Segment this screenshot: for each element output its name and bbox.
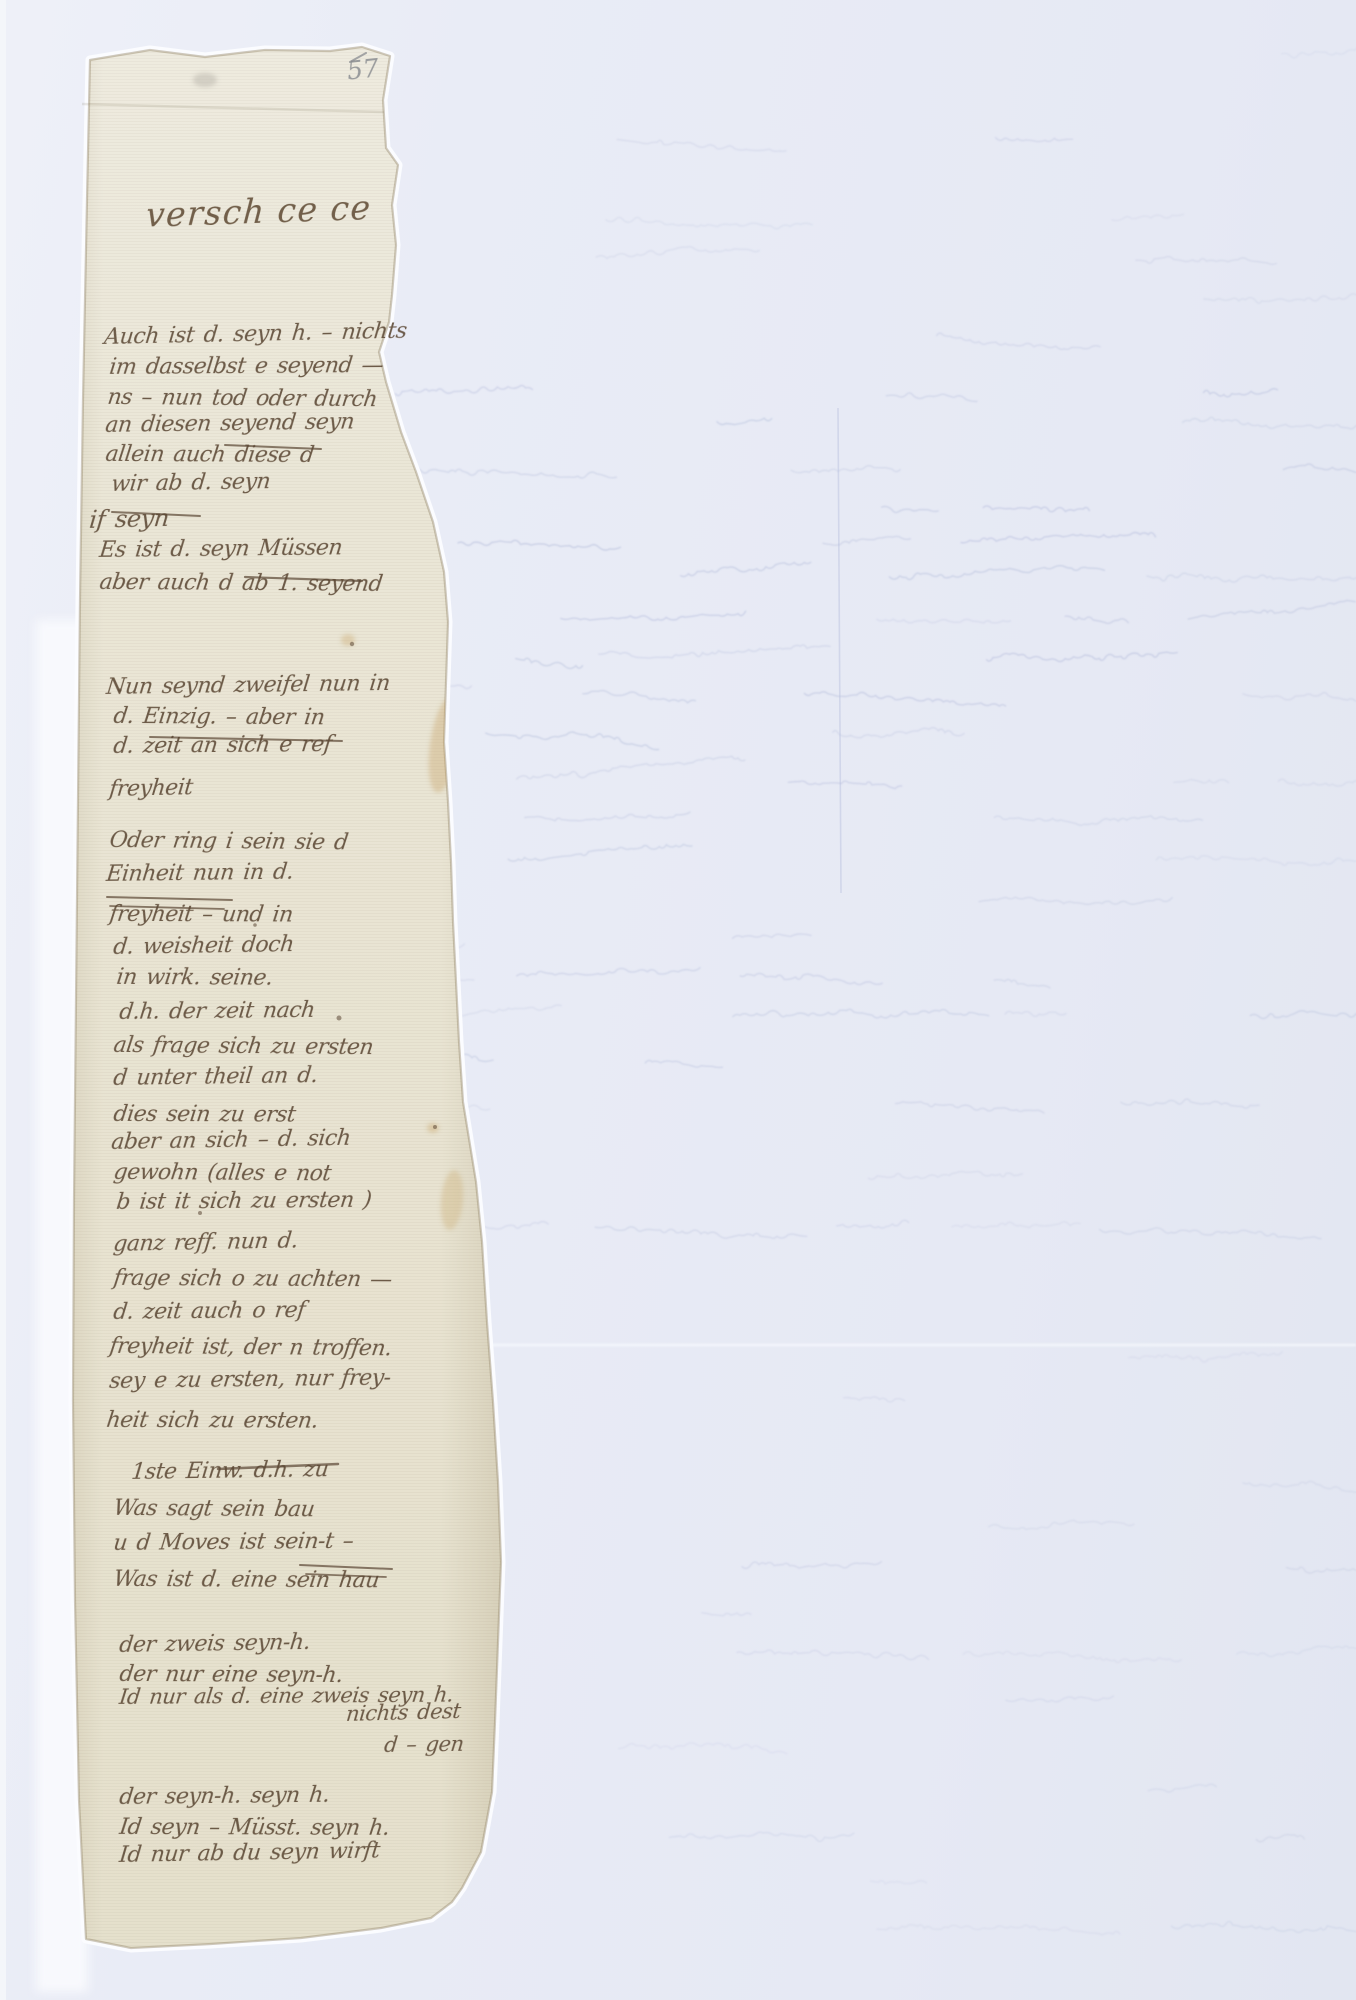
ink-line: in wirk. seine. xyxy=(115,965,274,991)
ink-line: Was ist d. eine sein hau xyxy=(112,1567,381,1593)
heading-script: versch ce ce xyxy=(145,188,373,235)
ink-line: Was sagt sein bau xyxy=(112,1496,316,1522)
ink-line: im dasselbst e seyend — xyxy=(108,353,385,380)
ink-line: heit sich zu ersten. xyxy=(105,1408,320,1434)
ink-line: dies sein zu erst xyxy=(112,1102,297,1128)
ink-line: der zweis seyn-h. xyxy=(118,1630,311,1658)
ink-line: d. zeit auch o ref xyxy=(112,1298,306,1325)
ink-line: nichts dest xyxy=(345,1699,462,1726)
ink-line: freyheit ist, der n troffen. xyxy=(108,1334,393,1361)
ink-line: Id seyn – Müsst. seyn h. xyxy=(118,1815,391,1841)
ink-line: d.h. der zeit nach xyxy=(118,998,316,1025)
ink-line: Auch ist d. seyn h. – nichts xyxy=(103,319,408,350)
ink-line: d unter theil an d. xyxy=(112,1063,319,1091)
ink-line: 1ste Einw. d.h. zu xyxy=(130,1457,330,1485)
ink-line: d – gen xyxy=(383,1732,465,1757)
ink-line: b ist it sich zu ersten ) xyxy=(115,1188,373,1215)
ink-line: allein auch diese d xyxy=(104,442,315,468)
ink-line: aber an sich – d. sich xyxy=(110,1126,352,1155)
ink-line: Einheit nun in d. xyxy=(105,860,295,887)
ink-line: Es ist d. seyn Müssen xyxy=(98,535,344,563)
ink-line: an diesen seyend seyn xyxy=(104,410,355,438)
ink-line: der seyn-h. seyn h. xyxy=(118,1783,331,1810)
ink-line: freyheit – und in xyxy=(108,902,294,928)
ink-line: ganz reff. nun d. xyxy=(112,1228,299,1257)
ink-line: sey e zu ersten, nur frey- xyxy=(108,1366,392,1394)
ink-line: aber auch d ab 1. seyend xyxy=(98,570,384,597)
ink-line: Nun seynd zweifel nun in xyxy=(105,671,391,700)
ink-line: if seyn xyxy=(88,504,170,534)
page-number: 57 xyxy=(346,53,381,85)
ink-line: d. weisheit doch xyxy=(112,932,295,960)
ink-line: d. zeit an sich e ref xyxy=(112,732,333,759)
ink-line: Oder ring i sein sie d xyxy=(108,828,349,855)
ink-line: d. Einzig. – aber in xyxy=(112,704,326,730)
ink-line: wir ab d. seyn xyxy=(110,469,271,497)
manuscript-scan: 57 versch ce ce Auch ist d. seyn h. – ni… xyxy=(0,0,1356,2000)
handwriting-layer: 57 versch ce ce Auch ist d. seyn h. – ni… xyxy=(0,0,1356,2000)
ink-line: Id nur ab du seyn wirft xyxy=(118,1838,381,1868)
ink-line: frage sich o zu achten — xyxy=(112,1266,393,1292)
ink-line: gewohn (alles e not xyxy=(112,1160,332,1187)
ink-line: u d Moves ist sein-t – xyxy=(112,1529,355,1556)
ink-line: ns – nun tod oder durch xyxy=(106,385,379,412)
ink-line: freyheit xyxy=(108,775,194,802)
ink-line: als frage sich zu ersten xyxy=(112,1033,375,1060)
